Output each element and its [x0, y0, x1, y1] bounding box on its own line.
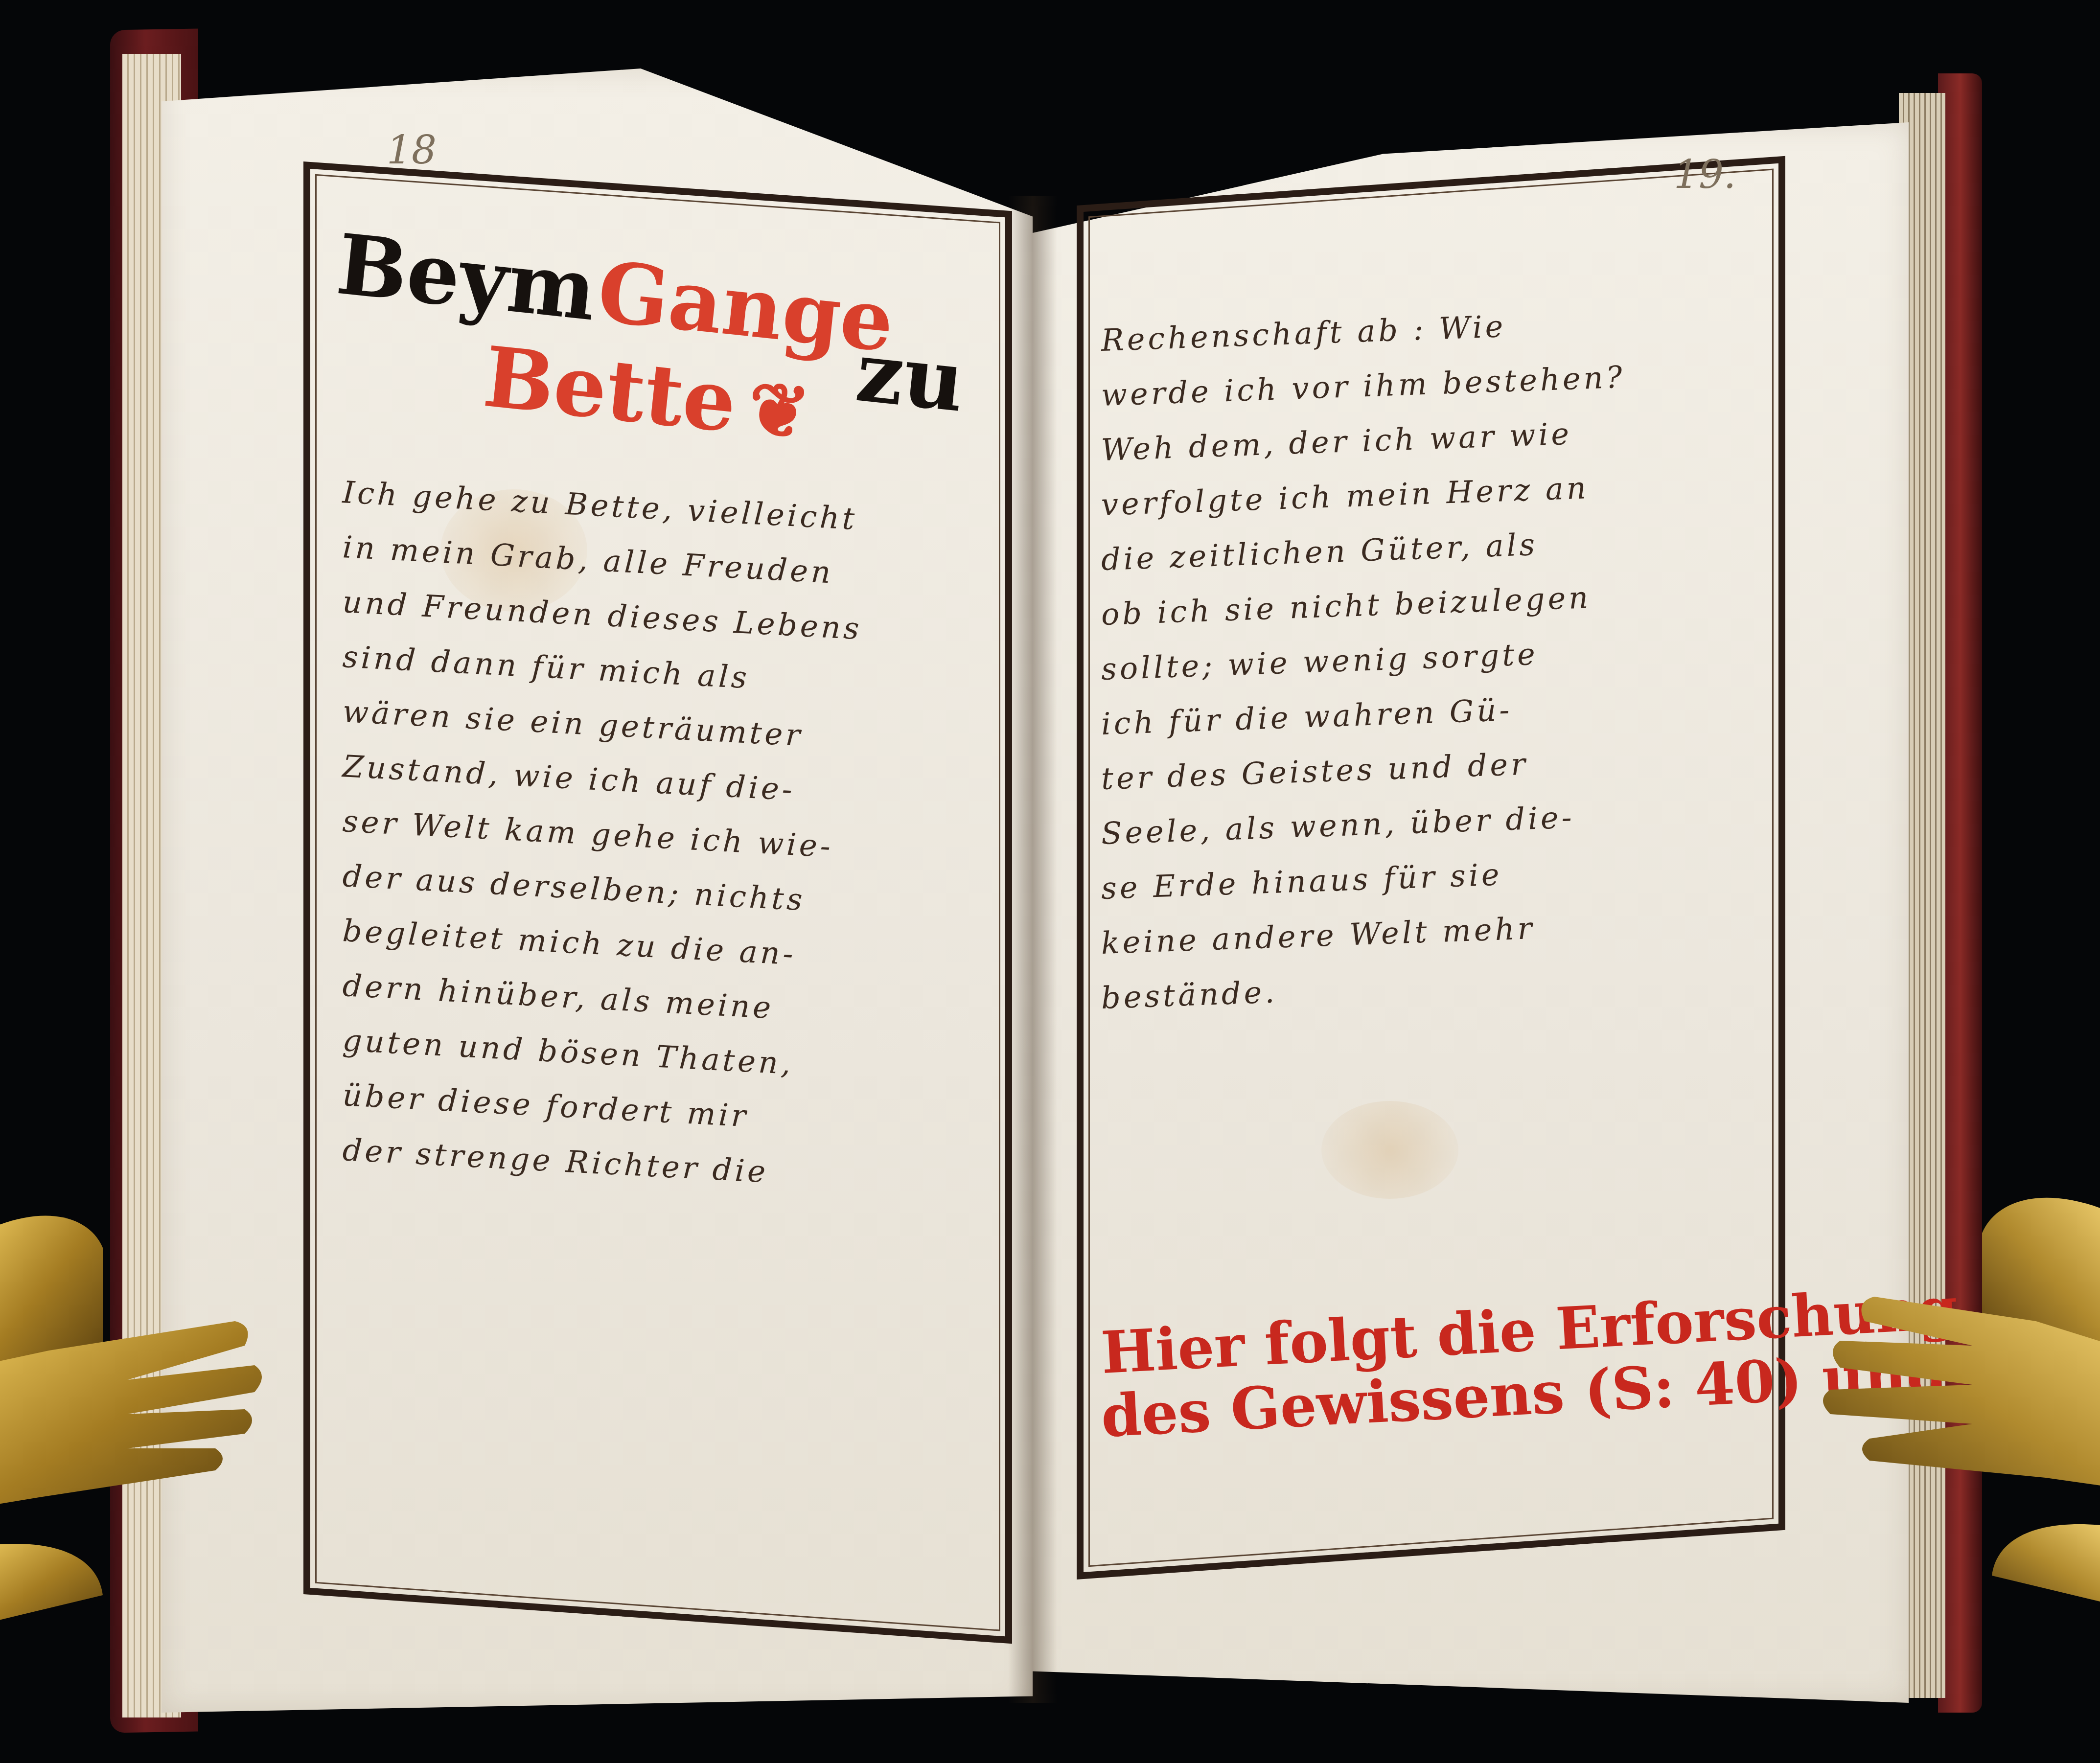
- left-page-number: 18: [387, 127, 437, 173]
- left-page-text: Ich gehe zu Bette, vielleicht in mein Gr…: [343, 465, 989, 1177]
- heading-word-zu: zu: [852, 322, 969, 431]
- brass-hand-stand-left-icon: [0, 1204, 284, 1644]
- right-page-text: Rechenschaft ab : Wie werde ich vor ihm …: [1101, 313, 1757, 1026]
- rubric-note: Hier folgt die Erforschung des Gewissens…: [1101, 1321, 1796, 1448]
- book-gutter: [1008, 196, 1057, 1703]
- right-page-number: 19.: [1674, 152, 1736, 197]
- brass-hand-stand-right-icon: [1811, 1184, 2100, 1625]
- book-photo: 18 19. Beym Gange zu Bette ❦ Ich gehe zu…: [0, 0, 2100, 1763]
- calligraphic-flourish-icon: ❦: [743, 365, 813, 457]
